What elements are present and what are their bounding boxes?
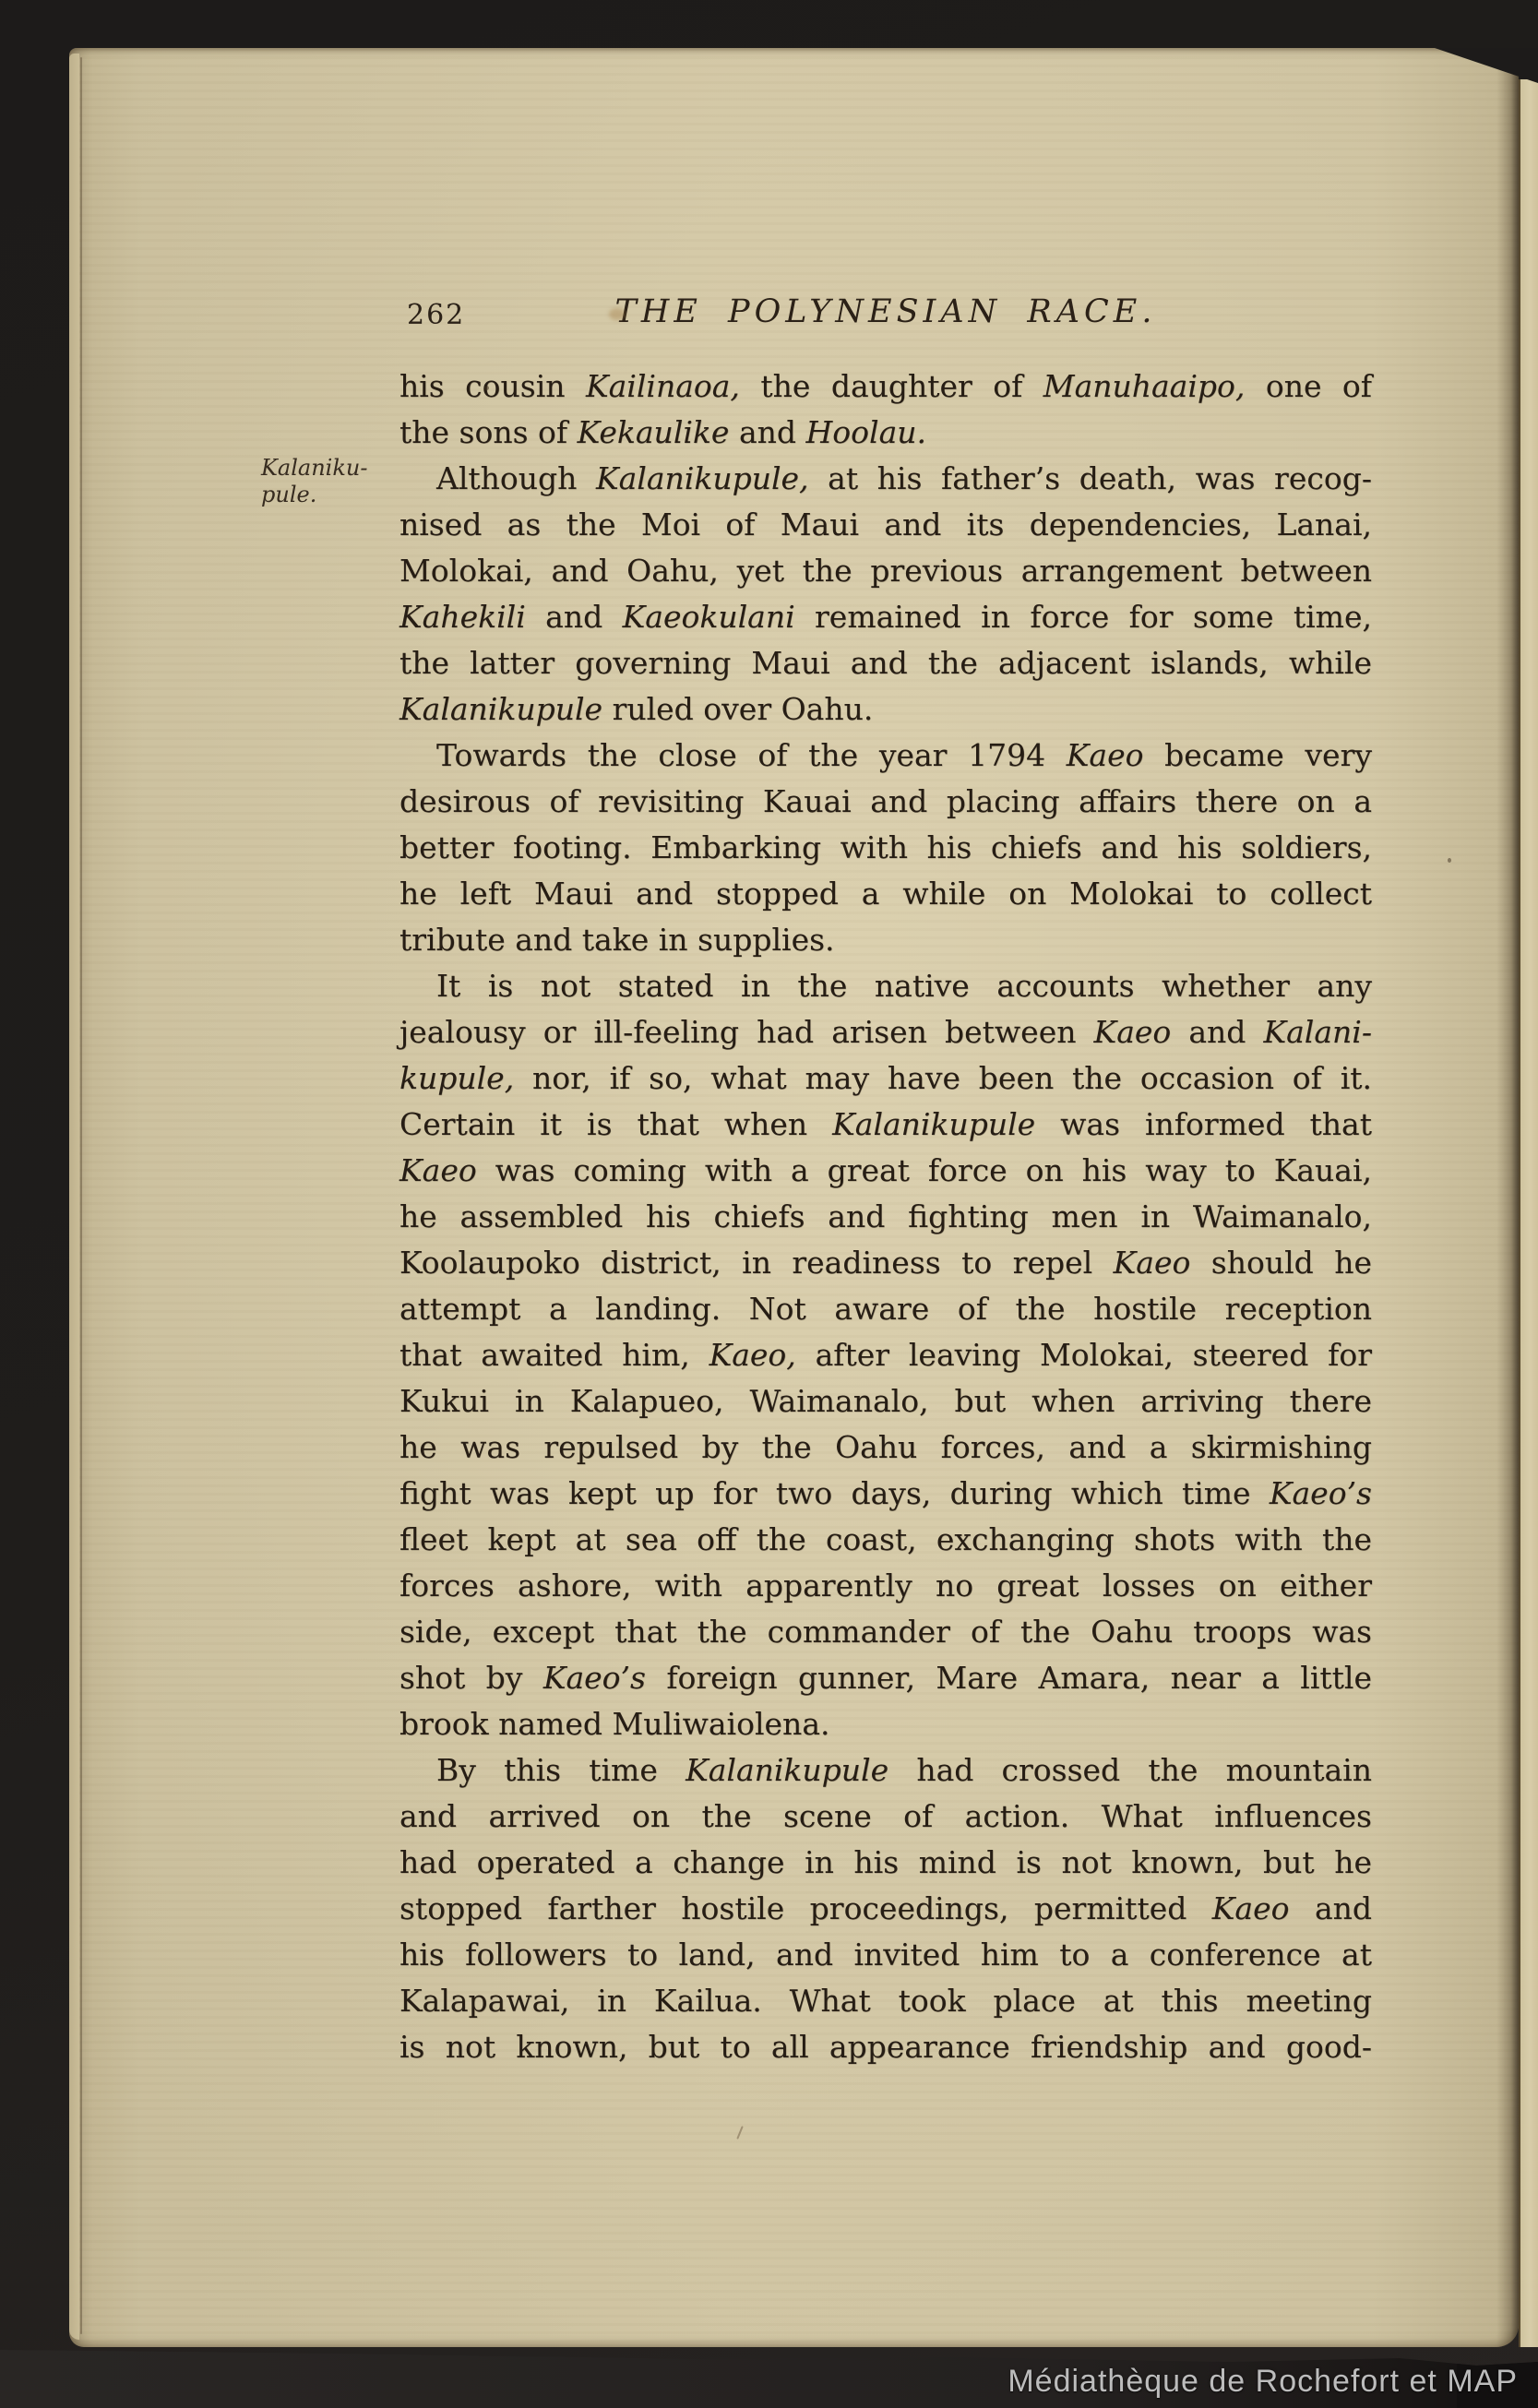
text-line: Kahekili and Kaeokulani remained in forc… [399,594,1372,640]
text-line: Kaeo was coming with a great force on hi… [399,1148,1372,1194]
paragraph: Towards the close of the year 1794 Kaeo … [399,733,1372,963]
page-header: 262 THE POLYNESIAN RACE. [399,292,1372,334]
book-page: 262 THE POLYNESIAN RACE. Kalaniku- pule.… [69,48,1519,2347]
margin-note: Kalaniku- pule. [261,455,399,508]
text-line: By this time Kalanikupule had crossed th… [399,1747,1372,1794]
text-segment: Kalapawai, in Kailua. What took place at… [399,1983,1372,2019]
page-number: 262 [407,299,465,331]
text-segment: and [729,414,805,450]
text-segment: at his father’s death, was recog- [809,460,1372,496]
italic-name: Kaeokulani [623,599,795,635]
under-page-edge [69,54,79,2340]
italic-name: Kalanikupule [399,691,602,727]
under-page-edge-line [80,57,82,2334]
text-segment: forces ashore, with apparently no great … [399,1568,1372,1603]
text-line: that awaited him, Kaeo, after leaving Mo… [399,1332,1372,1378]
italic-name: Kaeo [1212,1890,1290,1926]
text-segment: nor, if so, what may have been the occas… [514,1060,1372,1096]
text-line: It is not stated in the native accounts … [399,963,1372,1009]
text-line: tribute and take in supplies. [399,917,1372,963]
text-line: Certain it is that when Kalanikupule was… [399,1102,1372,1148]
text-segment: the daughter of [740,368,1043,404]
running-title: THE POLYNESIAN RACE. [399,292,1372,330]
text-line: Kalapawai, in Kailua. What took place at… [399,1978,1372,2024]
library-watermark: Médiathèque de Rochefort et MAP [1007,2364,1518,2400]
text-line: kupule, nor, if so, what may have been t… [399,1055,1372,1102]
text-segment: better footing. Embarking with his chief… [399,829,1372,865]
text-segment: fleet kept at sea off the coast, exchang… [399,1521,1372,1557]
text-segment: Although [436,460,596,496]
text-segment: remained in force for some time, [795,599,1372,635]
text-segment: tribute and take in supplies. [399,922,835,958]
text-line: and arrived on the scene of action. What… [399,1794,1372,1840]
text-line: his cousin Kailinaoa, the daughter of Ma… [399,364,1372,410]
text-segment: side, except that the commander of the O… [399,1614,1372,1650]
text-segment: he left Maui and stopped a while on Molo… [399,876,1372,912]
text-segment: and [1171,1014,1263,1050]
italic-name: Hoolau. [806,414,927,450]
paragraph: By this time Kalanikupule had crossed th… [399,1747,1372,2070]
text-line: the latter governing Maui and the adjace… [399,640,1372,686]
italic-name: Kaeo [399,1152,477,1188]
text-line: had operated a change in his mind is not… [399,1840,1372,1886]
text-line: Kalanikupule ruled over Oahu. [399,686,1372,733]
italic-name: Kalanikupule, [596,460,809,496]
text-line: Towards the close of the year 1794 Kaeo … [399,733,1372,779]
body-text: his cousin Kailinaoa, the daughter of Ma… [399,364,1372,2070]
text-segment: the sons of [399,414,578,450]
text-segment: and arrived on the scene of action. What… [399,1798,1372,1834]
text-line: he was repulsed by the Oahu forces, and … [399,1425,1372,1471]
text-line: Molokai, and Oahu, yet the previous arra… [399,548,1372,594]
paragraph: his cousin Kailinaoa, the daughter of Ma… [399,364,1372,456]
text-segment: should he [1190,1245,1372,1281]
text-line: his followers to land, and invited him t… [399,1932,1372,1978]
paragraph: It is not stated in the native accounts … [399,963,1372,1747]
text-segment: the latter governing Maui and the adjace… [399,645,1372,681]
paper-speck [736,2126,743,2140]
text-line: he assembled his chiefs and fighting men… [399,1194,1372,1240]
text-segment: he was repulsed by the Oahu forces, and … [399,1429,1372,1465]
text-segment: stopped farther hostile proceedings, per… [399,1890,1212,1926]
text-segment: foreign gunner, Mare Amara, near a littl… [646,1660,1372,1696]
paper-speck [484,386,489,390]
text-line: Kukui in Kalapueo, Waimanalo, but when a… [399,1378,1372,1425]
scan-bottom-band: Médiathèque de Rochefort et MAP [0,2342,1538,2408]
italic-name: Manuhaaipo, [1043,368,1246,404]
text-segment: was coming with a great force on his way… [477,1152,1372,1188]
text-segment: and [1290,1890,1372,1926]
text-segment: had crossed the mountain [888,1752,1372,1788]
text-line: better footing. Embarking with his chief… [399,825,1372,871]
text-segment: after leaving Molokai, steered for [796,1337,1372,1373]
text-segment: one of [1245,368,1372,404]
text-line: Although Kalanikupule, at his father’s d… [399,456,1372,502]
italic-name: Kaeo [1094,1014,1172,1050]
text-line: side, except that the commander of the O… [399,1609,1372,1655]
text-line: fleet kept at sea off the coast, exchang… [399,1517,1372,1563]
text-segment: fight was kept up for two days, during w… [399,1475,1270,1511]
text-segment: attempt a landing. Not aware of the host… [399,1291,1372,1327]
italic-name: Kaeo’s [543,1660,646,1696]
text-line: forces ashore, with apparently no great … [399,1563,1372,1609]
text-segment: that awaited him, [399,1337,709,1373]
italic-name: Kahekili [399,599,526,635]
paragraph: Although Kalanikupule, at his father’s d… [399,456,1372,733]
margin-note-line: pule. [261,482,399,508]
text-segment: and [526,599,623,635]
text-line: nised as the Moi of Maui and its depende… [399,502,1372,548]
text-segment: Certain it is that when [399,1106,832,1142]
italic-name: Kaeo, [709,1337,796,1373]
italic-name: Kaeo [1114,1245,1191,1281]
italic-name: Kaeo’s [1270,1475,1372,1511]
text-line: jealousy or ill-feeling had arisen betwe… [399,1009,1372,1055]
text-line: brook named Muliwaiolena. [399,1701,1372,1747]
text-segment: his cousin [399,368,586,404]
margin-note-line: Kalaniku- [261,455,399,482]
text-segment: shot by [399,1660,543,1696]
text-segment: became very [1143,737,1372,773]
text-line: stopped farther hostile proceedings, per… [399,1886,1372,1932]
scan-canvas: { "page_header": { "page_number": "262",… [0,0,1538,2408]
text-segment: his followers to land, and invited him t… [399,1937,1372,1973]
text-segment: was informed that [1035,1106,1372,1142]
text-segment: It is not stated in the native accounts … [436,968,1372,1004]
text-segment: Koolaupoko district, in readiness to rep… [399,1245,1114,1281]
text-line: shot by Kaeo’s foreign gunner, Mare Amar… [399,1655,1372,1701]
text-line: is not known, but to all appearance frie… [399,2024,1372,2070]
italic-name: Kalanikupule [686,1752,888,1788]
text-line: attempt a landing. Not aware of the host… [399,1286,1372,1332]
text-segment: ruled over Oahu. [602,691,873,727]
text-line: desirous of revisiting Kauai and placing… [399,779,1372,825]
text-segment: jealousy or ill-feeling had arisen betwe… [399,1014,1094,1050]
text-segment: Towards the close of the year 1794 [436,737,1067,773]
italic-name: Kailinaoa, [586,368,740,404]
italic-name: Kalanikupule [832,1106,1035,1142]
text-line: Koolaupoko district, in readiness to rep… [399,1240,1372,1286]
text-segment: By this time [436,1752,686,1788]
italic-name: Kekaulike [578,414,730,450]
text-segment: Kukui in Kalapueo, Waimanalo, but when a… [399,1383,1372,1419]
italic-name: Kalani- [1263,1014,1372,1050]
text-segment: he assembled his chiefs and fighting men… [399,1198,1372,1234]
next-page-edge [1519,79,1538,2347]
text-segment: is not known, but to all appearance frie… [399,2029,1372,2065]
italic-name: kupule, [399,1060,514,1096]
paper-speck [1448,858,1451,863]
text-line: the sons of Kekaulike and Hoolau. [399,410,1372,456]
text-segment: had operated a change in his mind is not… [399,1844,1372,1880]
text-segment: nised as the Moi of Maui and its depende… [399,507,1372,542]
text-line: fight was kept up for two days, during w… [399,1471,1372,1517]
text-segment: brook named Muliwaiolena. [399,1706,829,1742]
text-segment: desirous of revisiting Kauai and placing… [399,783,1372,819]
gutter-shadow [1496,48,1519,2347]
italic-name: Kaeo [1067,737,1144,773]
text-segment: Molokai, and Oahu, yet the previous arra… [399,553,1372,589]
text-line: he left Maui and stopped a while on Molo… [399,871,1372,917]
paper-stain [609,308,626,320]
